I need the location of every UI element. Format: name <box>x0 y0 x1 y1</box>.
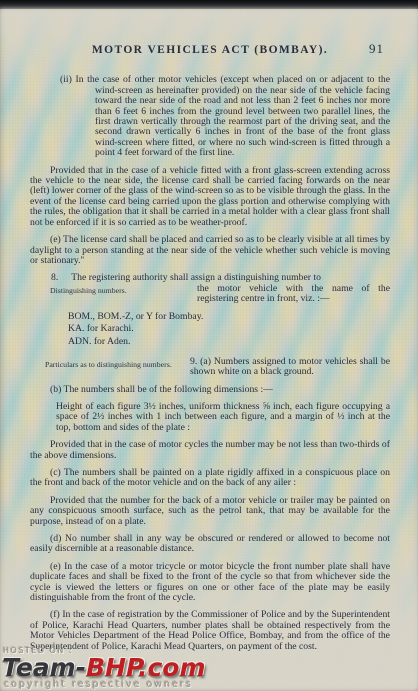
list-item-bombay: BOM., BOM.-Z, or Y for Bombay. <box>68 312 390 322</box>
logo-bhp-part: BHP.com <box>86 653 205 682</box>
para-d-obscured: (d) No number shall in any way be obscur… <box>30 534 390 555</box>
section-8-text-rest: the motor vehicle with the name of the r… <box>197 284 390 305</box>
list-item-aden: ADN. for Aden. <box>68 337 390 347</box>
scanned-page: MOTOR VEHICLES ACT (BOMBAY). 91 (ii) In … <box>0 9 418 691</box>
para-b-dimensions: (b) The numbers shall be of the followin… <box>30 385 390 395</box>
team-bhp-watermark: HOSTED ON : Team-BHP.com copyright respe… <box>0 646 206 690</box>
window-top-edge <box>0 0 418 9</box>
section-9: Particulars as to distinguishing numbers… <box>30 357 390 378</box>
section-9-text: 9. (a) Numbers assigned to motor vehicle… <box>190 357 390 378</box>
page-content: MOTOR VEHICLES ACT (BOMBAY). 91 (ii) In … <box>0 9 418 691</box>
logo-team-part: Team- <box>2 653 86 682</box>
para-dimensions-detail: Height of each figure 3½ inches, uniform… <box>56 402 390 433</box>
margin-note-distinguishing-numbers: Distinguishing numbers. <box>30 284 197 305</box>
para-ii: (ii) In the case of other motor vehicles… <box>95 75 390 158</box>
proviso-motor-cycles: Provided that in the case of motor cycle… <box>30 440 390 461</box>
copyright-label: copyright respective owners <box>4 679 206 690</box>
margin-note-particulars: Particulars as to distinguishing numbers… <box>30 357 190 378</box>
page-number: 91 <box>369 44 384 54</box>
proviso-back-number: Provided that the number for the back of… <box>30 496 390 527</box>
section-8-number: 8. <box>51 273 58 283</box>
section-8-row: Distinguishing numbers. the motor vehicl… <box>30 284 390 305</box>
para-e-tricycle: (e) In the case of a motor tricycle or m… <box>30 562 390 604</box>
section-8: 8.The registering authority shall assign… <box>30 273 390 304</box>
section-8-text-line1: The registering authority shall assign a… <box>71 272 321 283</box>
page-header: MOTOR VEHICLES ACT (BOMBAY). 91 <box>30 45 390 56</box>
proviso-glass-screen: Provided that in the case of a vehicle f… <box>30 166 390 228</box>
para-c-painted: (c) The numbers shall be painted on a pl… <box>30 468 390 489</box>
list-item-karachi: KA. for Karachi. <box>68 324 390 334</box>
para-e-license: (e) The license card shall be placed and… <box>30 235 390 266</box>
team-bhp-logo: Team-BHP.com <box>2 655 206 680</box>
page-title: MOTOR VEHICLES ACT (BOMBAY). <box>92 44 328 56</box>
